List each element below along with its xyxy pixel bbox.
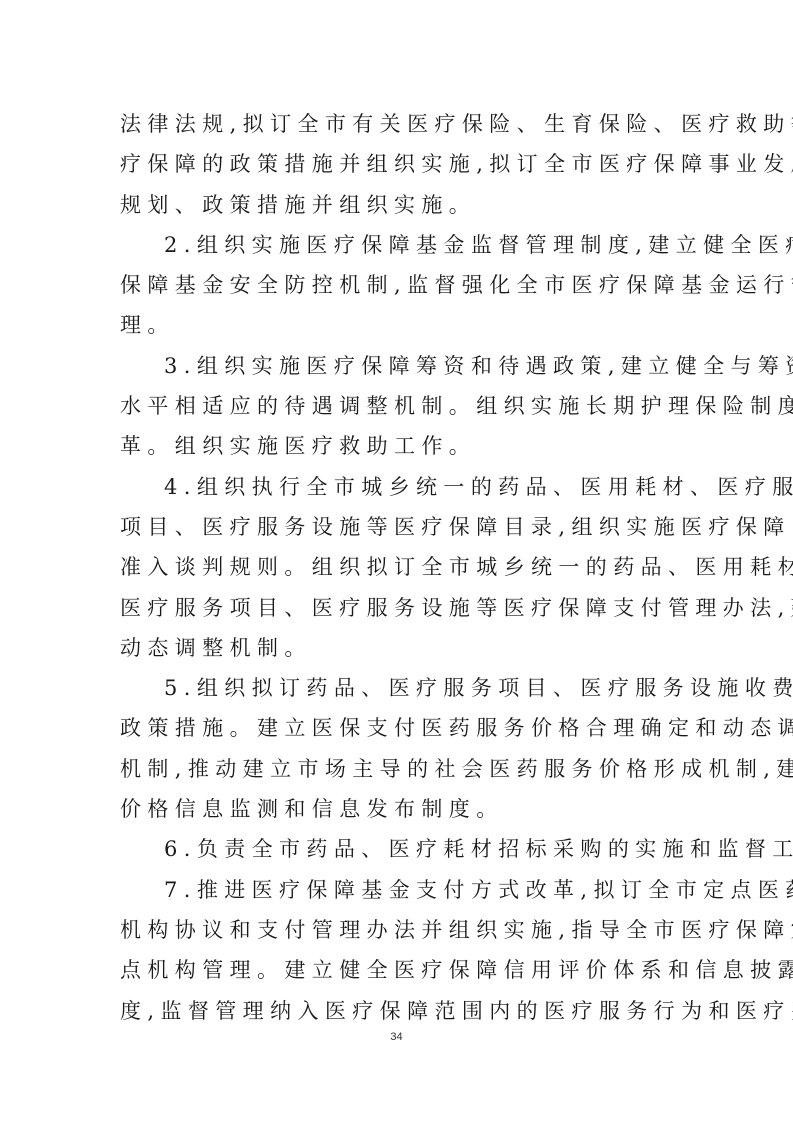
page-number: 34 — [0, 1031, 793, 1043]
text-line: 政策措施。建立医保支付医药服务价格合理确定和动态调整 — [120, 708, 676, 748]
text-line: 理。 — [120, 305, 676, 345]
text-line: 度,监督管理纳入医疗保障范围内的医疗服务行为和医疗费 — [120, 991, 676, 1031]
document-body: 法律法规,拟订全市有关医疗保险、生育保险、医疗救助等医 疗保障的政策措施并组织实… — [120, 104, 676, 1031]
paragraph-2-first-line: 2.组织实施医疗保障基金监督管理制度,建立健全医疗 — [120, 225, 676, 265]
paragraph-5-first-line: 5.组织拟订药品、医疗服务项目、医疗服务设施收费等 — [120, 668, 676, 708]
paragraph-7-first-line: 7.推进医疗保障基金支付方式改革,拟订全市定点医药 — [120, 870, 676, 910]
paragraph-4-first-line: 4.组织执行全市城乡统一的药品、医用耗材、医疗服务 — [120, 467, 676, 507]
text-line: 革。组织实施医疗救助工作。 — [120, 426, 676, 466]
text-line: 动态调整机制。 — [120, 628, 676, 668]
text-line: 价格信息监测和信息发布制度。 — [120, 789, 676, 829]
text-line: 保障基金安全防控机制,监督强化全市医疗保障基金运行管 — [120, 265, 676, 305]
text-line: 规划、政策措施并组织实施。 — [120, 185, 676, 225]
paragraph-6-first-line: 6.负责全市药品、医疗耗材招标采购的实施和监督工作。 — [120, 829, 676, 869]
text-line: 点机构管理。建立健全医疗保障信用评价体系和信息披露制 — [120, 950, 676, 990]
text-line: 疗保障的政策措施并组织实施,拟订全市医疗保障事业发展 — [120, 144, 676, 184]
text-line: 法律法规,拟订全市有关医疗保险、生育保险、医疗救助等医 — [120, 104, 676, 144]
text-line: 准入谈判规则。组织拟订全市城乡统一的药品、医用耗材、 — [120, 547, 676, 587]
text-line: 医疗服务项目、医疗服务设施等医疗保障支付管理办法,建立 — [120, 588, 676, 628]
text-line: 机制,推动建立市场主导的社会医药服务价格形成机制,建立 — [120, 749, 676, 789]
text-line: 水平相适应的待遇调整机制。组织实施长期护理保险制度改 — [120, 386, 676, 426]
paragraph-3-first-line: 3.组织实施医疗保障筹资和待遇政策,建立健全与筹资 — [120, 346, 676, 386]
text-line: 项目、医疗服务设施等医疗保障目录,组织实施医疗保障目录 — [120, 507, 676, 547]
text-line: 机构协议和支付管理办法并组织实施,指导全市医疗保障定 — [120, 910, 676, 950]
